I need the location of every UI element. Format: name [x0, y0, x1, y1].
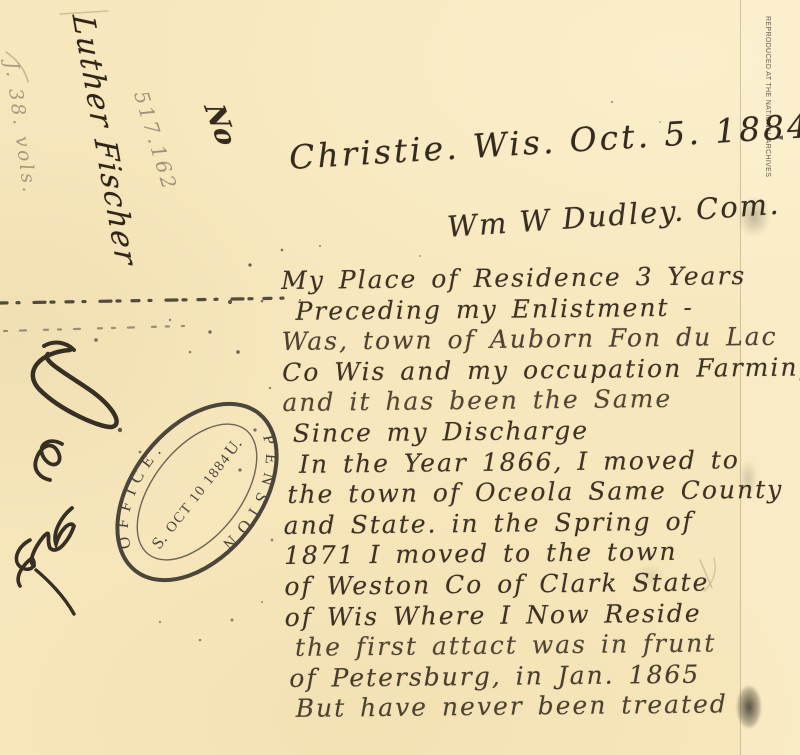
stamp-date: OCT 10 1884 [163, 450, 235, 535]
stamp-arc-office: OFFICE. [84, 436, 196, 559]
ink-smear-line [0, 298, 292, 303]
pension-office-stamp: PENSION OFFICE. U. OCT 10 1884 S. [77, 372, 317, 612]
ink-smear-line [4, 326, 184, 331]
scanned-pension-letter: REPRODUCED AT THE NATIONAL ARCHIVES ◄ Lu… [0, 0, 800, 755]
stamp-s: S. [148, 530, 171, 553]
svg-text:OFFICE.: OFFICE. [84, 436, 196, 559]
